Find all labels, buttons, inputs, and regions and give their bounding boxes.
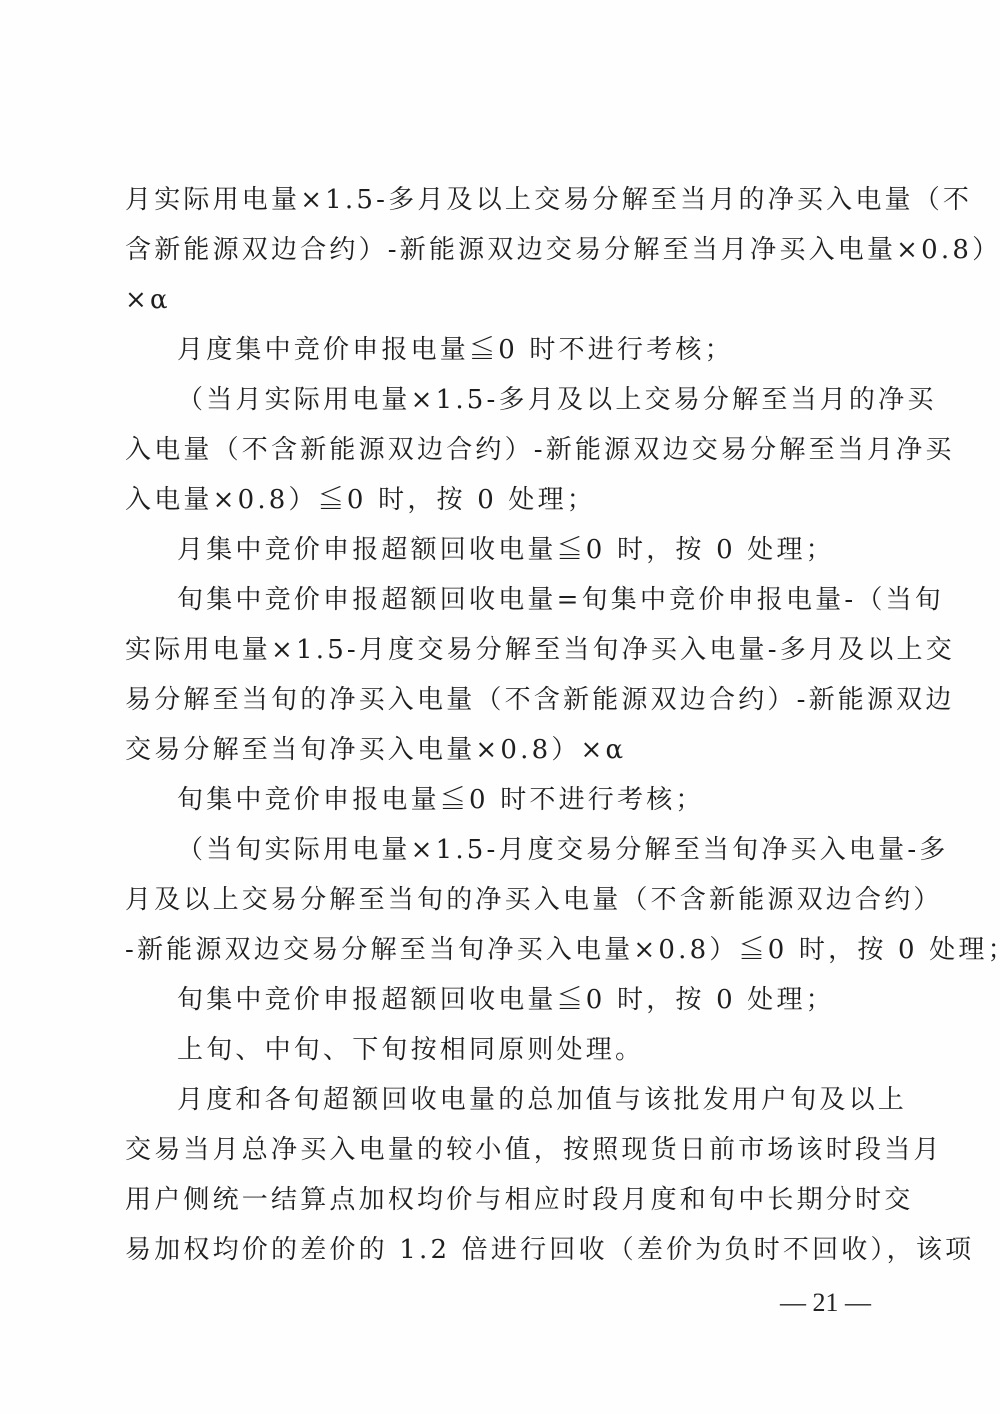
body-line: 旬集中竞价申报超额回收电量≦0 时，按 0 处理； [177,983,885,1017]
body-line: -新能源双边交易分解至当旬净买入电量×0.8）≦0 时，按 0 处理； [125,933,885,967]
body-line: 月实际用电量×1.5-多月及以上交易分解至当月的净买入电量（不 [125,183,885,217]
body-line: 月集中竞价申报超额回收电量≦0 时，按 0 处理； [177,533,885,567]
document-page: 月实际用电量×1.5-多月及以上交易分解至当月的净买入电量（不 含新能源双边合约… [0,0,1000,1414]
body-line: 交易当月总净买入电量的较小值，按照现货日前市场该时段当月 [125,1133,885,1167]
body-line: 旬集中竞价申报超额回收电量=旬集中竞价申报电量-（当旬 [177,583,885,617]
body-line: 易加权均价的差价的 1.2 倍进行回收（差价为负时不回收），该项 [125,1233,885,1267]
body-line: 交易分解至当旬净买入电量×0.8）×α [125,733,885,767]
body-line: 入电量×0.8）≦0 时，按 0 处理； [125,483,885,517]
body-line: 易分解至当旬的净买入电量（不含新能源双边合约）-新能源双边 [125,683,885,717]
body-line: （当旬实际用电量×1.5-月度交易分解至当旬净买入电量-多 [177,833,885,867]
body-line: ×α [125,283,885,317]
body-line: 实际用电量×1.5-月度交易分解至当旬净买入电量-多月及以上交 [125,633,885,667]
body-line: 含新能源双边合约）-新能源双边交易分解至当月净买入电量×0.8） [125,233,885,267]
body-line: 月及以上交易分解至当旬的净买入电量（不含新能源双边合约） [125,883,885,917]
body-line: 用户侧统一结算点加权均价与相应时段月度和旬中长期分时交 [125,1183,885,1217]
body-line: 旬集中竞价申报电量≦0 时不进行考核； [177,783,885,817]
body-line: 入电量（不含新能源双边合约）-新能源双边交易分解至当月净买 [125,433,885,467]
body-line: 月度和各旬超额回收电量的总加值与该批发用户旬及以上 [177,1083,885,1117]
body-line: （当月实际用电量×1.5-多月及以上交易分解至当月的净买 [177,383,885,417]
body-line: 上旬、中旬、下旬按相同原则处理。 [177,1033,885,1067]
body-line: 月度集中竞价申报电量≦0 时不进行考核； [177,333,885,367]
page-number: — 21 — [780,1286,871,1320]
